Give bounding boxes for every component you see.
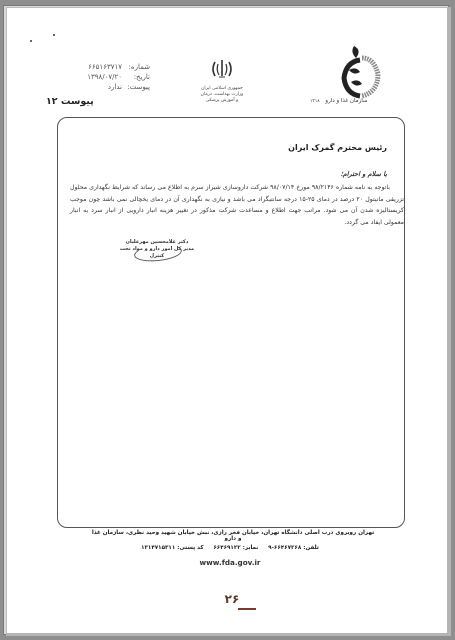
meta-attachment: پیوست: ندارد	[60, 82, 150, 92]
page-shadow-right	[447, 7, 451, 635]
meta-date: تاریخ: ۱۳۹۸/۰۷/۲۰	[60, 72, 150, 82]
fda-name: سازمان غذا و دارو	[325, 98, 367, 104]
scan-speck	[53, 34, 55, 36]
page-number: ۲۶	[212, 592, 252, 606]
letter-meta: شماره: ۶۶۵۱۶۳۷۱۷ تاریخ: ۱۳۹۸/۰۷/۲۰ پیوست…	[60, 62, 150, 92]
ministry-line: و آموزش پزشکی	[186, 98, 258, 104]
footer-address: تهران روبروی درب اصلی دانشگاه تهران، خیا…	[90, 530, 376, 542]
ministry-header: جمهوری اسلامی ایران وزارت بهداشت، درمان …	[186, 58, 258, 104]
attachment-title: پیوست ۱۲	[46, 96, 94, 107]
fda-year: ۱۳۱۸	[310, 99, 320, 104]
phone-value: ۶۶۴۶۷۲۶۸-۹	[268, 545, 301, 551]
letter-greeting: با سلام و احترام؛	[341, 170, 387, 178]
footer-contact: تلفن: ۶۶۴۶۷۲۶۸-۹ نمابر: ۶۶۴۶۹۱۲۲ کد پستی…	[130, 545, 330, 551]
scan-speck	[30, 40, 32, 42]
fda-logo-text: سازمان غذا و دارو ۱۳۱۸	[310, 98, 368, 104]
phone-label: تلفن:	[303, 545, 319, 551]
meta-value: ۶۶۵۱۶۳۷۱۷	[88, 62, 122, 72]
letter-body: باتوجه به نامه شماره ۹۸/۲۱۴۶ مورخ ۹۸/۰۷/…	[70, 182, 404, 228]
meta-label: شماره:	[126, 62, 150, 72]
letter-recipient: رئیس محترم گمرک ایران	[288, 143, 387, 152]
postal-label: کد پستی:	[177, 545, 203, 551]
fax-value: ۶۶۴۶۹۱۲۲	[213, 545, 240, 551]
fda-logo-icon	[316, 44, 396, 106]
letter-body-paragraph: باتوجه به نامه شماره ۹۸/۲۱۴۶ مورخ ۹۸/۰۷/…	[70, 182, 404, 228]
meta-value: ۱۳۹۸/۰۷/۲۰	[87, 72, 122, 82]
meta-label: پیوست:	[126, 82, 150, 92]
postal-value: ۱۳۱۴۷۱۵۳۱۱	[141, 545, 175, 551]
meta-value: ندارد	[108, 82, 122, 92]
page-shadow-bottom	[6, 633, 451, 636]
iran-emblem-icon	[210, 58, 234, 80]
signature-block: دکتر غلامحسین مهرعلیان مدیر کل امور دارو…	[118, 239, 196, 260]
page-number-underline	[238, 608, 256, 610]
footer-website-link[interactable]: www.fda.gov.ir	[190, 558, 270, 567]
meta-label: تاریخ:	[126, 72, 150, 82]
letter-content-box	[57, 117, 405, 528]
meta-number: شماره: ۶۶۵۱۶۳۷۱۷	[60, 62, 150, 72]
fax-label: نمابر:	[243, 545, 259, 551]
